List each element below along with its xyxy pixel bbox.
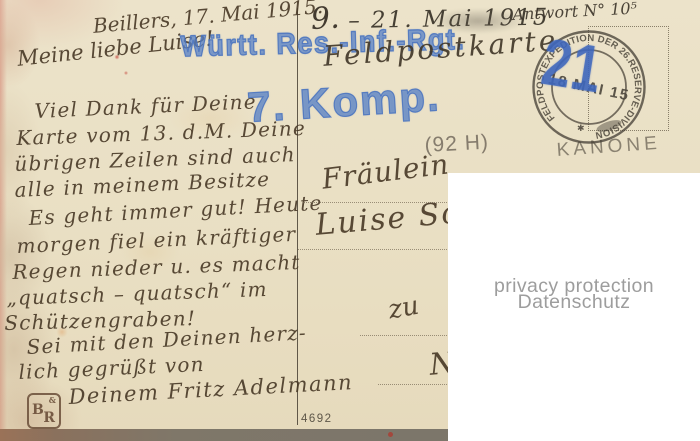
monogram-letter: B (32, 402, 44, 418)
serial-number: 4692 (301, 413, 333, 425)
privacy-text-de: Datenschutz (518, 294, 631, 310)
address-dotted-line (298, 249, 455, 250)
address-line-zu: zu (386, 291, 421, 326)
privacy-overlay: privacy protection Datenschutz (448, 173, 700, 441)
address-dotted-line (360, 335, 455, 336)
center-divider (297, 8, 299, 425)
monogram-letter: R (43, 410, 55, 426)
ink-speck (388, 432, 393, 437)
address-dotted-line (378, 384, 455, 385)
publisher-monogram: B & R (27, 393, 61, 429)
postcard-scan: 4692 B & R Beillers, 17. Mai 1915. Meine… (0, 0, 700, 441)
postmark-star: ✱ (577, 123, 585, 133)
postmark-number-21: 21 (538, 28, 606, 102)
monogram-letter: & (49, 395, 56, 405)
